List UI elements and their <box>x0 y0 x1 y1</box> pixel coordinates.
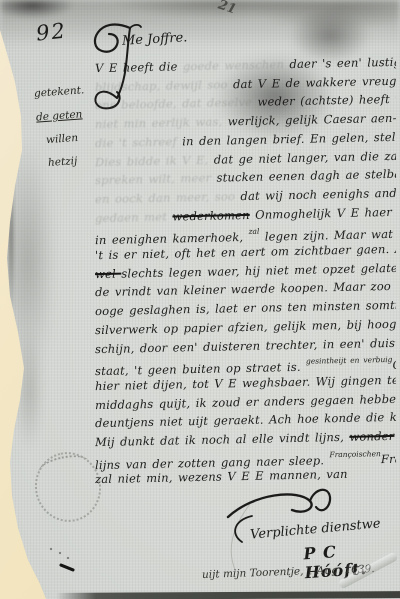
handwriting-line-6: Dies bidde ik V E, dat ge niet langer, v… <box>95 150 396 168</box>
handwriting-line-13: de vrindt van kleiner waerde koopen. Maa… <box>95 281 396 299</box>
handwriting-span-faint: Dies bidde ik V E, <box>95 152 214 168</box>
handwriting-line-7: spreken wilt, meer stucken eenen dagh ae… <box>95 169 396 187</box>
handwriting-line-9: gedaen met wederkomen Onmoghelijk V E ha… <box>95 206 396 224</box>
handwriting-span-faint: en oock dan meer, soo <box>95 189 241 206</box>
handwriting-span-faint: gedaen met <box>95 209 173 224</box>
handwriting-span-clear: hier niet dijen, tot V E weghsbaer. Wij … <box>95 375 396 393</box>
handwriting-span-clear: in eenighen kamerhoek, <box>95 230 249 247</box>
handwriting-span-clear: lijns van der zotten gang naer sleep. <box>95 453 330 471</box>
handwriting-span-clear: deuntjens niet uijt geraekt. Ach hoe kon… <box>95 412 396 430</box>
handwriting-span-faint: spreken wilt, meer <box>95 171 217 187</box>
archive-number: 92 <box>35 18 68 45</box>
handwriting-span-clear: oft liever, <box>394 431 396 443</box>
margin-note-2: de geten <box>36 108 83 123</box>
handwriting-line-14: ooge geslaghen is, laet er ons ten minst… <box>95 300 396 318</box>
handwriting-span-clear: staat, 't geen buiten op straet is. <box>95 360 306 378</box>
handwriting-span-clear: Groesjen en buighjen kond <box>392 356 396 372</box>
handwriting-span-struck: wederkomen <box>172 208 250 224</box>
handwriting-span-struck: wonder <box>349 431 394 444</box>
handwriting-span-clear: Fransje is gegaen, en <box>381 450 396 466</box>
handwriting-line-16: schijn, door een' duisteren trechter, in… <box>95 337 396 355</box>
ink-stroke-mark <box>59 563 75 572</box>
handwriting-line-18: hier niet dijen, tot V E weghsbaer. Wij … <box>95 375 396 393</box>
handwriting-line-20: deuntjens niet uijt geraekt. Ach hoe kon… <box>95 412 396 430</box>
handwriting-span-clear: ooge geslaghen is, laet er ons ten minst… <box>95 300 396 318</box>
handwriting-line-21: Mij dunkt dat ik noch al elle vindt lijn… <box>95 431 396 449</box>
page-number-mark: 21 <box>216 0 238 17</box>
handwriting-line-10: in eenighen kamerhoek, zal legen zijn. M… <box>95 225 396 247</box>
handwriting-line-15: silverwerk op papier afzien, gelijk men,… <box>95 319 396 337</box>
handwriting-span-clear: 't is er niet, oft het en aert om zichtb… <box>95 244 396 262</box>
handwriting-span-sup: gesintheijt en verbuig <box>306 356 393 366</box>
handwriting-span-clear: schijn, door een' duisteren trechter, in… <box>95 337 396 355</box>
handwriting-span-clear: stucken eenen dagh ae stelbackste niet <box>216 169 396 185</box>
handwriting-line-4: niet min eerlijk was, werlijck, gelijk C… <box>95 113 396 131</box>
handwriting-line-8: en oock dan meer, soo dat wij noch eenig… <box>95 188 396 206</box>
handwriting-span-faint: niet min eerlijk was, <box>95 114 228 130</box>
photo-bottom-edge-shadow <box>56 591 400 599</box>
handwriting-span-sup: zal <box>248 227 259 236</box>
handwriting-span-clear: daer 's een' lustighe wae- <box>289 57 396 71</box>
handwriting-span-clear: weder (achtste) heeft wel- <box>257 94 396 109</box>
handwriting-line-19: middaghs quijt, ik zoud er anders gegaen… <box>95 393 396 411</box>
manuscript-photo: { "document": { "archive_number": "92", … <box>0 0 400 599</box>
handwriting-span-faint: die 't schreef <box>95 134 182 149</box>
handwriting-span-sup: Françoischen <box>329 450 381 459</box>
handwriting-span-clear: werlijck, gelijk Caesar aen- <box>228 113 396 129</box>
manuscript-paper: 92 21 Me Joffre. getekent.de getenwillen… <box>0 0 400 599</box>
handwriting-line-11: 't is er niet, oft het en aert om zichtb… <box>95 244 396 262</box>
handwriting-span-clear: Mij dunkt dat ik noch al elle vindt lijn… <box>95 431 350 449</box>
ink-specks <box>48 546 74 562</box>
handwriting-span-clear: dat ge niet langer, van die zaeke <box>214 150 396 166</box>
salutation: Me Joffre. <box>122 30 188 48</box>
margin-note-3: willen <box>46 132 79 146</box>
handwriting-span-clear: middaghs quijt, ik zoud er anders gegaen… <box>95 393 396 411</box>
handwriting-line-17: staat, 't geen buiten op straet is. gesi… <box>95 356 396 378</box>
handwriting-span-clear: Onmoghelijk V E haer ber weder <box>250 206 396 221</box>
handwriting-span-faint: goede wenschen <box>183 57 290 73</box>
handwriting-line-12: wel slechts legen waer, hij niet met opz… <box>95 263 396 281</box>
handwriting-line-5: die 't schreef in den langen brief. En g… <box>95 132 396 150</box>
margin-note-1: getekent. <box>34 84 85 99</box>
margin-note-4: hetzij <box>48 155 78 169</box>
handwriting-span-clear: dat wij noch eenighs ander ont — <box>240 188 396 203</box>
handwriting-span-clear: in den langen brief. En gelen, stelen e. <box>182 132 396 148</box>
handwriting-span-clear: slechts legen waer, hij niet met opzet g… <box>121 263 396 281</box>
handwriting-span-clear: de vrindt van kleiner waerde koopen. Maa… <box>95 281 396 299</box>
small-ink-blot <box>290 8 370 63</box>
handwriting-span-clear: silverwerk op papier afzien, gelijk men,… <box>95 319 396 337</box>
handwriting-span-clear: legen zijn. Maar wat bij <box>259 227 396 244</box>
handwriting-span-clear: dat V E de wakkere vreughd <box>233 76 396 91</box>
handwriting-span-struck: wel <box>95 266 122 280</box>
